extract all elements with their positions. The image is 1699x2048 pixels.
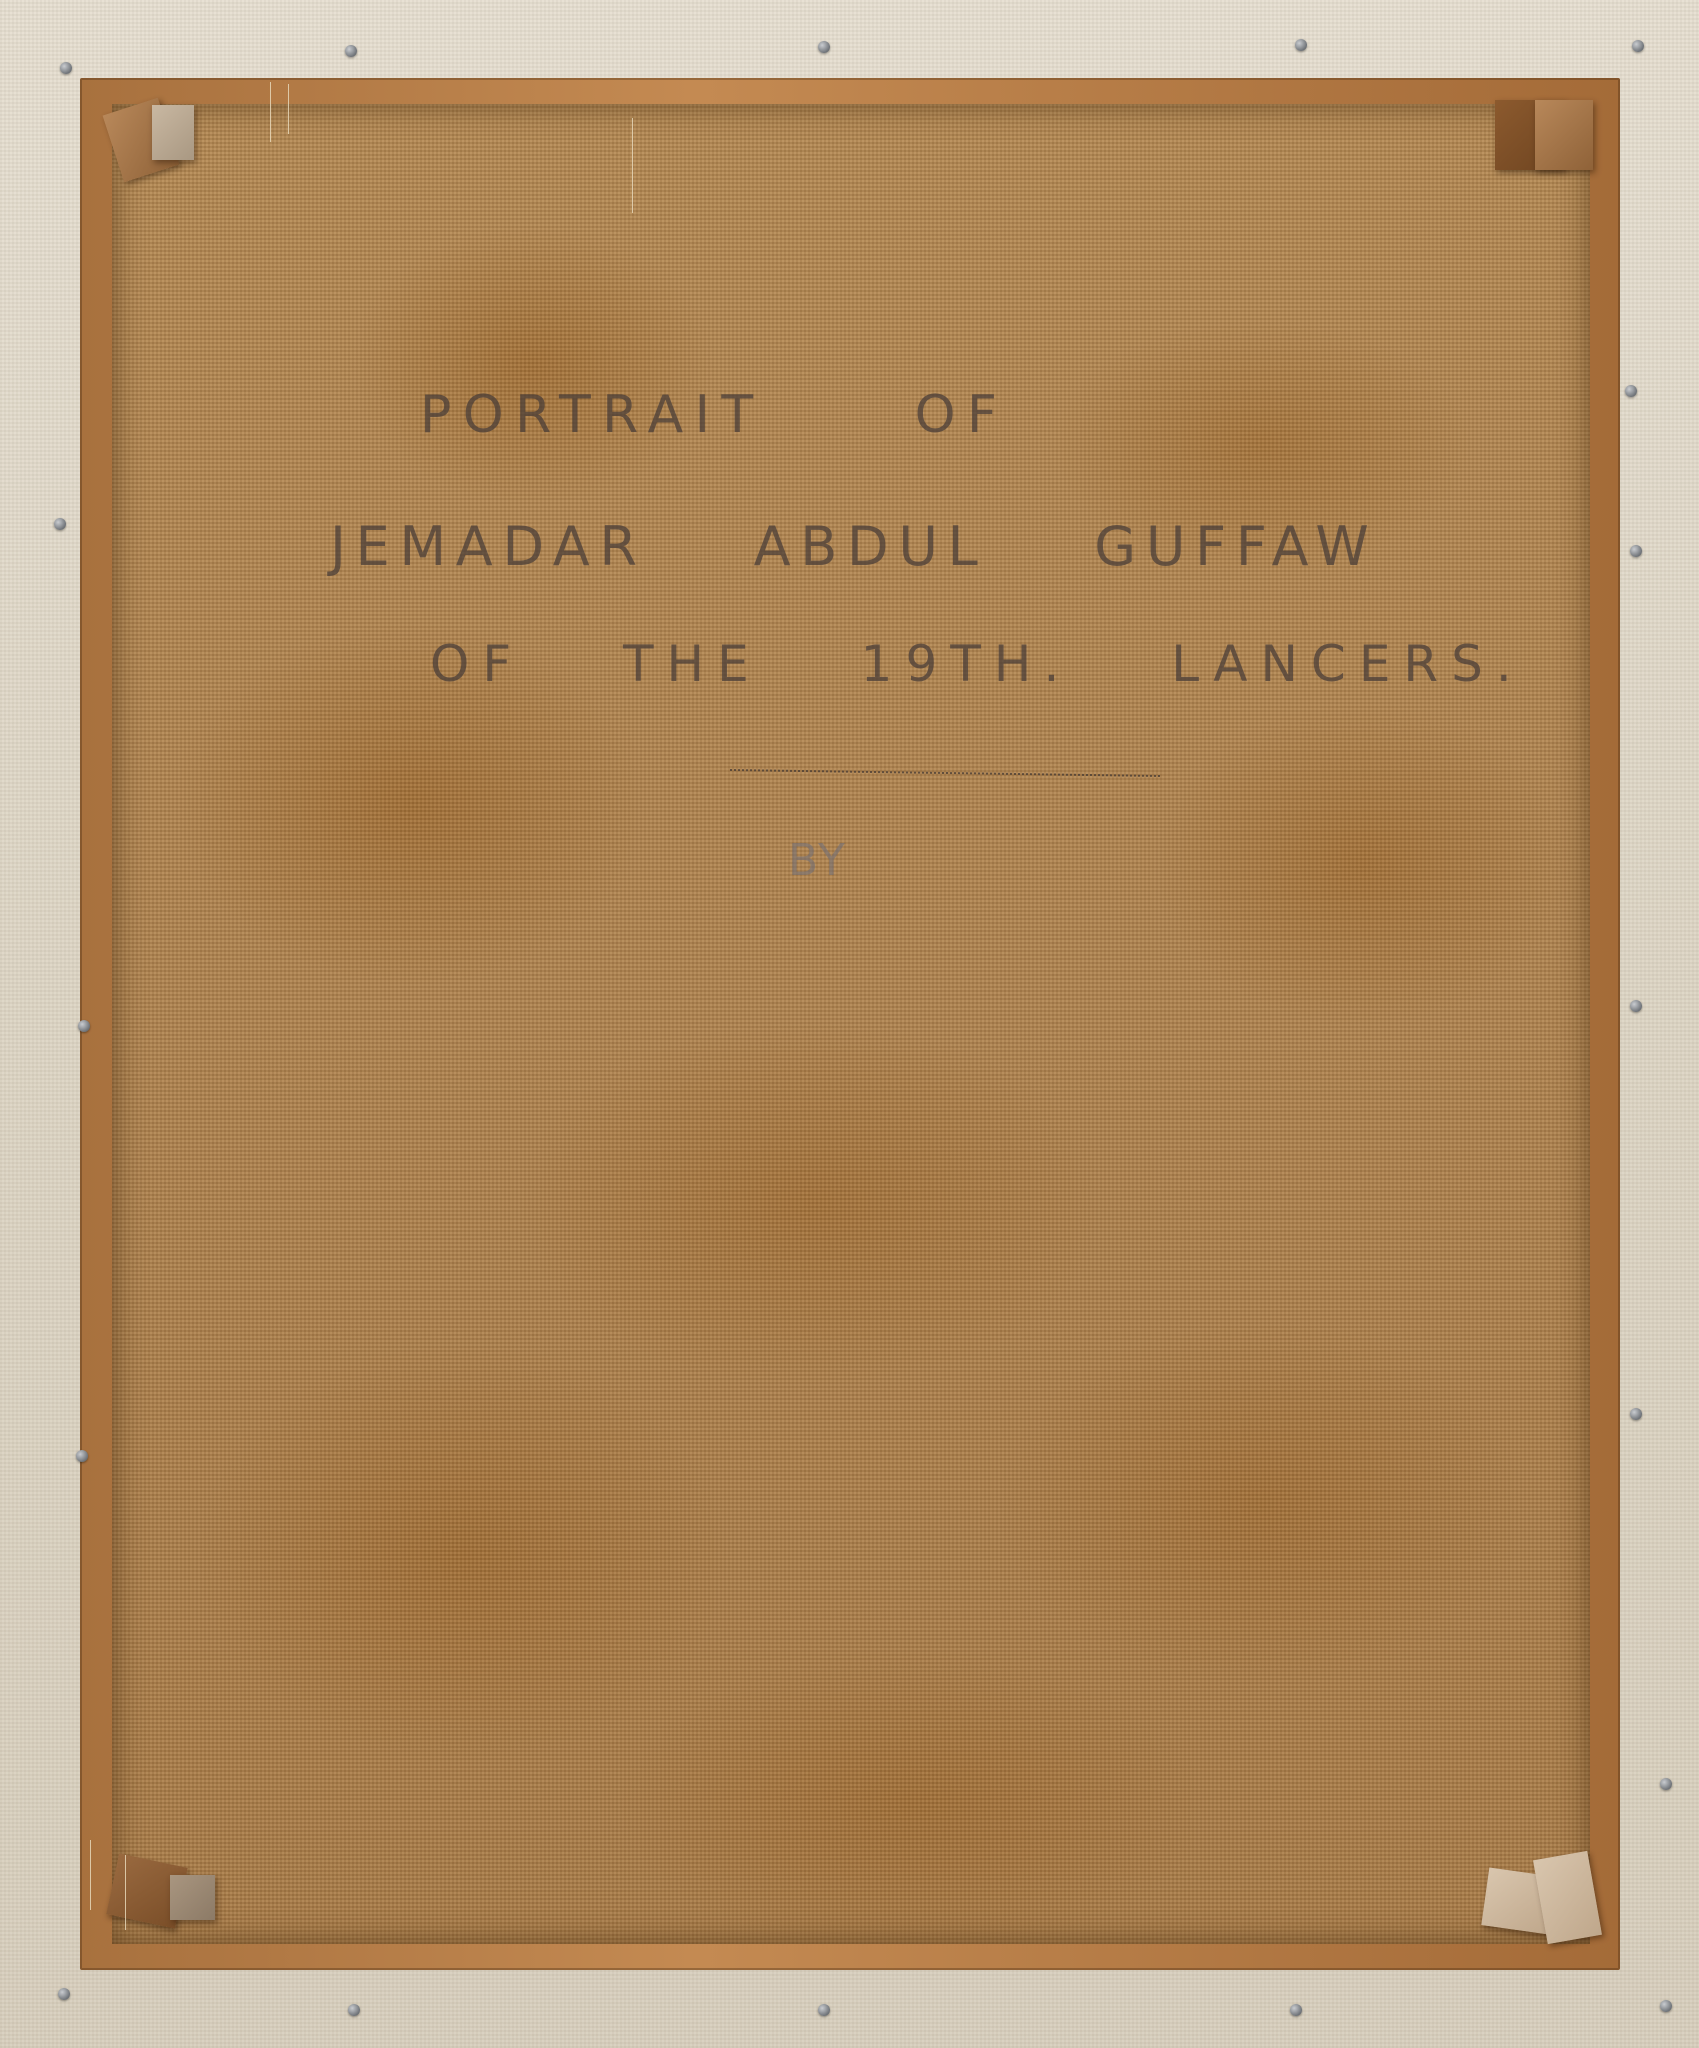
tack-icon [1630,545,1642,557]
tack-icon [54,518,66,530]
corner-key-top-right-2 [1535,100,1593,170]
loose-thread [288,84,289,134]
inscription-line-2: JEMADAR ABDUL GUFFAW [330,515,1379,578]
corner-key-bottom-left-2 [170,1875,215,1920]
tack-icon [345,45,357,57]
inscription-word-of: OF [915,385,1009,445]
loose-thread [90,1840,91,1910]
tack-icon [1660,1778,1672,1790]
inscription-line-3: OF THE 19TH. LANCERS. [430,635,1525,693]
tack-icon [1630,1408,1642,1420]
tack-icon [1660,2000,1672,2012]
canvas-back-surface [112,104,1590,1944]
tack-icon [1632,40,1644,52]
tack-icon [78,1020,90,1032]
corner-key-top-left-2 [152,105,194,160]
tack-icon [1290,2004,1302,2016]
inscription-by-mark: BY [788,835,847,886]
tack-icon [1630,1000,1642,1012]
tack-icon [76,1450,88,1462]
tack-icon [818,2004,830,2016]
tack-icon [1295,39,1307,51]
tack-icon [818,41,830,53]
tack-icon [348,2004,360,2016]
tack-icon [1625,385,1637,397]
loose-thread [270,82,271,142]
inscription-word-portrait: PORTRAIT [420,385,765,445]
loose-thread [632,118,633,213]
loose-thread [125,1855,126,1930]
inscription-line-1: PORTRAITOF [420,385,1008,445]
tack-icon [58,1988,70,2000]
tack-icon [60,62,72,74]
canvas-reverse-photo: PORTRAITOF JEMADAR ABDUL GUFFAW OF THE 1… [0,0,1699,2048]
